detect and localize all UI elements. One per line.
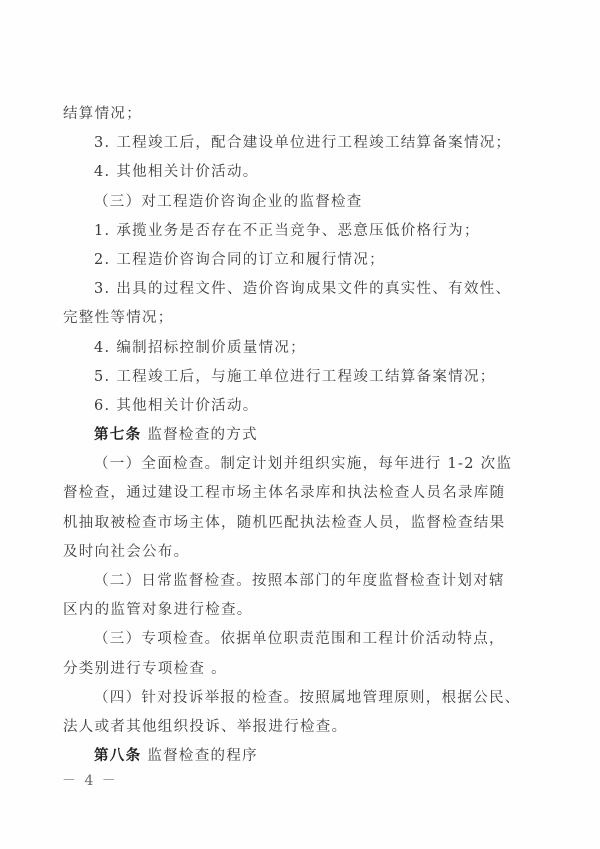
article-8-title: 监督检查的程序 <box>147 748 258 764</box>
text-line: （一）全面检查。制定计划并组织实施，每年进行 1-2 次监 <box>63 450 509 479</box>
text-line: （二）日常监督检查。按照本部门的年度监督检查计划对辖 <box>63 567 509 596</box>
text-line: 6. 其他相关计价活动。 <box>63 392 509 421</box>
text-line: 分类别进行专项检查 。 <box>63 655 509 684</box>
article-7-label: 第七条 <box>94 427 141 443</box>
text-line: 4. 编制招标控制价质量情况； <box>63 334 509 363</box>
article-7-title: 监督检查的方式 <box>147 427 258 443</box>
text-line: 3. 工程竣工后，配合建设单位进行工程竣工结算备案情况； <box>63 129 509 158</box>
text-line: 法人或者其他组织投诉、举报进行检查。 <box>63 713 509 742</box>
article-7-heading: 第七条 监督检查的方式 <box>63 421 509 450</box>
document-body: 结算情况； 3. 工程竣工后，配合建设单位进行工程竣工结算备案情况； 4. 其他… <box>63 100 509 771</box>
text-line: 5. 工程竣工后，与施工单位进行工程竣工结算备案情况； <box>63 363 509 392</box>
section-heading: （三）对工程造价咨询企业的监督检查 <box>63 188 509 217</box>
text-line: 3. 出具的过程文件、造价咨询成果文件的真实性、有效性、 <box>63 275 509 304</box>
text-line: 2. 工程造价咨询合同的订立和履行情况； <box>63 246 509 275</box>
text-line: 及时向社会公布。 <box>63 538 509 567</box>
page-number: － 4 － <box>62 770 118 790</box>
text-line: （三）专项检查。依据单位职责范围和工程计价活动特点， <box>63 625 509 654</box>
text-line: 督检查，通过建设工程市场主体名录库和执法检查人员名录库随 <box>63 479 509 508</box>
text-line: 4. 其他相关计价活动。 <box>63 158 509 187</box>
text-line: 完整性等情况； <box>63 304 509 333</box>
text-line: 机抽取被检查市场主体，随机匹配执法检查人员，监督检查结果 <box>63 509 509 538</box>
document-page: 结算情况； 3. 工程竣工后，配合建设单位进行工程竣工结算备案情况； 4. 其他… <box>0 0 600 849</box>
text-line: 结算情况； <box>63 100 509 129</box>
text-line: （四）针对投诉举报的检查。按照属地管理原则，根据公民、 <box>63 684 509 713</box>
article-8-heading: 第八条 监督检查的程序 <box>63 742 509 771</box>
article-8-label: 第八条 <box>94 748 141 764</box>
text-line: 1. 承揽业务是否存在不正当竞争、恶意压低价格行为； <box>63 217 509 246</box>
text-line: 区内的监管对象进行检查。 <box>63 596 509 625</box>
